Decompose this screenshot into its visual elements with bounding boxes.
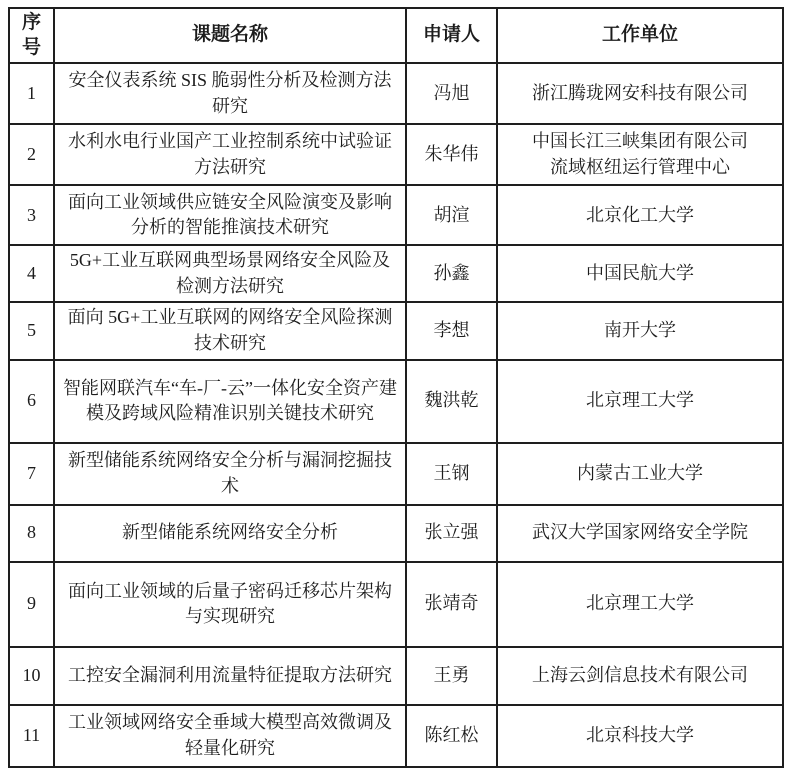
cell-topic: 安全仪表系统 SIS 脆弱性分析及检测方法研究: [54, 63, 406, 124]
cell-index: 2: [9, 124, 54, 185]
cell-applicant: 胡渲: [406, 185, 497, 245]
cell-topic: 工控安全漏洞利用流量特征提取方法研究: [54, 647, 406, 705]
header-cell-topic: 课题名称: [54, 8, 406, 63]
cell-organization: 北京化工大学: [497, 185, 783, 245]
topics-table: 序号 课题名称 申请人 工作单位 1 安全仪表系统 SIS 脆弱性分析及检测方法…: [8, 7, 784, 768]
cell-applicant: 陈红松: [406, 705, 497, 767]
cell-topic: 工业领域网络安全垂域大模型高效微调及轻量化研究: [54, 705, 406, 767]
table-row: 9 面向工业领域的后量子密码迁移芯片架构与实现研究 张靖奇 北京理工大学: [9, 562, 783, 647]
table-row: 11 工业领域网络安全垂域大模型高效微调及轻量化研究 陈红松 北京科技大学: [9, 705, 783, 767]
cell-index: 6: [9, 360, 54, 443]
cell-topic: 面向工业领域供应链安全风险演变及影响分析的智能推演技术研究: [54, 185, 406, 245]
cell-applicant: 王钢: [406, 443, 497, 505]
cell-organization: 中国民航大学: [497, 245, 783, 302]
header-cell-applicant: 申请人: [406, 8, 497, 63]
table-row: 2 水利水电行业国产工业控制系统中试验证方法研究 朱华伟 中国长江三峡集团有限公…: [9, 124, 783, 185]
cell-applicant: 冯旭: [406, 63, 497, 124]
cell-organization: 南开大学: [497, 302, 783, 359]
table-row: 4 5G+工业互联网典型场景网络安全风险及检测方法研究 孙鑫 中国民航大学: [9, 245, 783, 302]
cell-organization: 北京理工大学: [497, 360, 783, 443]
cell-index: 9: [9, 562, 54, 647]
cell-index: 5: [9, 302, 54, 359]
cell-applicant: 张靖奇: [406, 562, 497, 647]
table-row: 8 新型储能系统网络安全分析 张立强 武汉大学国家网络安全学院: [9, 505, 783, 562]
table-body: 1 安全仪表系统 SIS 脆弱性分析及检测方法研究 冯旭 浙江腾珑网安科技有限公…: [9, 63, 783, 766]
cell-index: 8: [9, 505, 54, 562]
cell-applicant: 魏洪乾: [406, 360, 497, 443]
table-row: 1 安全仪表系统 SIS 脆弱性分析及检测方法研究 冯旭 浙江腾珑网安科技有限公…: [9, 63, 783, 124]
cell-organization: 上海云剑信息技术有限公司: [497, 647, 783, 705]
cell-index: 4: [9, 245, 54, 302]
cell-applicant: 孙鑫: [406, 245, 497, 302]
table-header: 序号 课题名称 申请人 工作单位: [9, 8, 783, 63]
cell-organization: 中国长江三峡集团有限公司 流域枢纽运行管理中心: [497, 124, 783, 185]
cell-topic: 新型储能系统网络安全分析: [54, 505, 406, 562]
cell-topic: 5G+工业互联网典型场景网络安全风险及检测方法研究: [54, 245, 406, 302]
cell-index: 1: [9, 63, 54, 124]
cell-organization: 北京理工大学: [497, 562, 783, 647]
cell-applicant: 李想: [406, 302, 497, 359]
cell-applicant: 朱华伟: [406, 124, 497, 185]
header-row: 序号 课题名称 申请人 工作单位: [9, 8, 783, 63]
header-cell-organization: 工作单位: [497, 8, 783, 63]
cell-organization: 浙江腾珑网安科技有限公司: [497, 63, 783, 124]
document-page: 序号 课题名称 申请人 工作单位 1 安全仪表系统 SIS 脆弱性分析及检测方法…: [0, 0, 790, 770]
cell-organization: 内蒙古工业大学: [497, 443, 783, 505]
header-cell-index: 序号: [9, 8, 54, 63]
cell-index: 7: [9, 443, 54, 505]
table-row: 7 新型储能系统网络安全分析与漏洞挖掘技术 王钢 内蒙古工业大学: [9, 443, 783, 505]
table-row: 6 智能网联汽车“车-厂-云”一体化安全资产建模及跨域风险精准识别关键技术研究 …: [9, 360, 783, 443]
cell-topic: 新型储能系统网络安全分析与漏洞挖掘技术: [54, 443, 406, 505]
table-row: 5 面向 5G+工业互联网的网络安全风险探测技术研究 李想 南开大学: [9, 302, 783, 359]
cell-topic: 智能网联汽车“车-厂-云”一体化安全资产建模及跨域风险精准识别关键技术研究: [54, 360, 406, 443]
cell-topic: 水利水电行业国产工业控制系统中试验证方法研究: [54, 124, 406, 185]
cell-topic: 面向工业领域的后量子密码迁移芯片架构与实现研究: [54, 562, 406, 647]
cell-index: 10: [9, 647, 54, 705]
cell-index: 3: [9, 185, 54, 245]
cell-topic: 面向 5G+工业互联网的网络安全风险探测技术研究: [54, 302, 406, 359]
cell-applicant: 张立强: [406, 505, 497, 562]
table-row: 3 面向工业领域供应链安全风险演变及影响分析的智能推演技术研究 胡渲 北京化工大…: [9, 185, 783, 245]
cell-index: 11: [9, 705, 54, 767]
cell-organization: 北京科技大学: [497, 705, 783, 767]
cell-organization: 武汉大学国家网络安全学院: [497, 505, 783, 562]
table-row: 10 工控安全漏洞利用流量特征提取方法研究 王勇 上海云剑信息技术有限公司: [9, 647, 783, 705]
cell-applicant: 王勇: [406, 647, 497, 705]
